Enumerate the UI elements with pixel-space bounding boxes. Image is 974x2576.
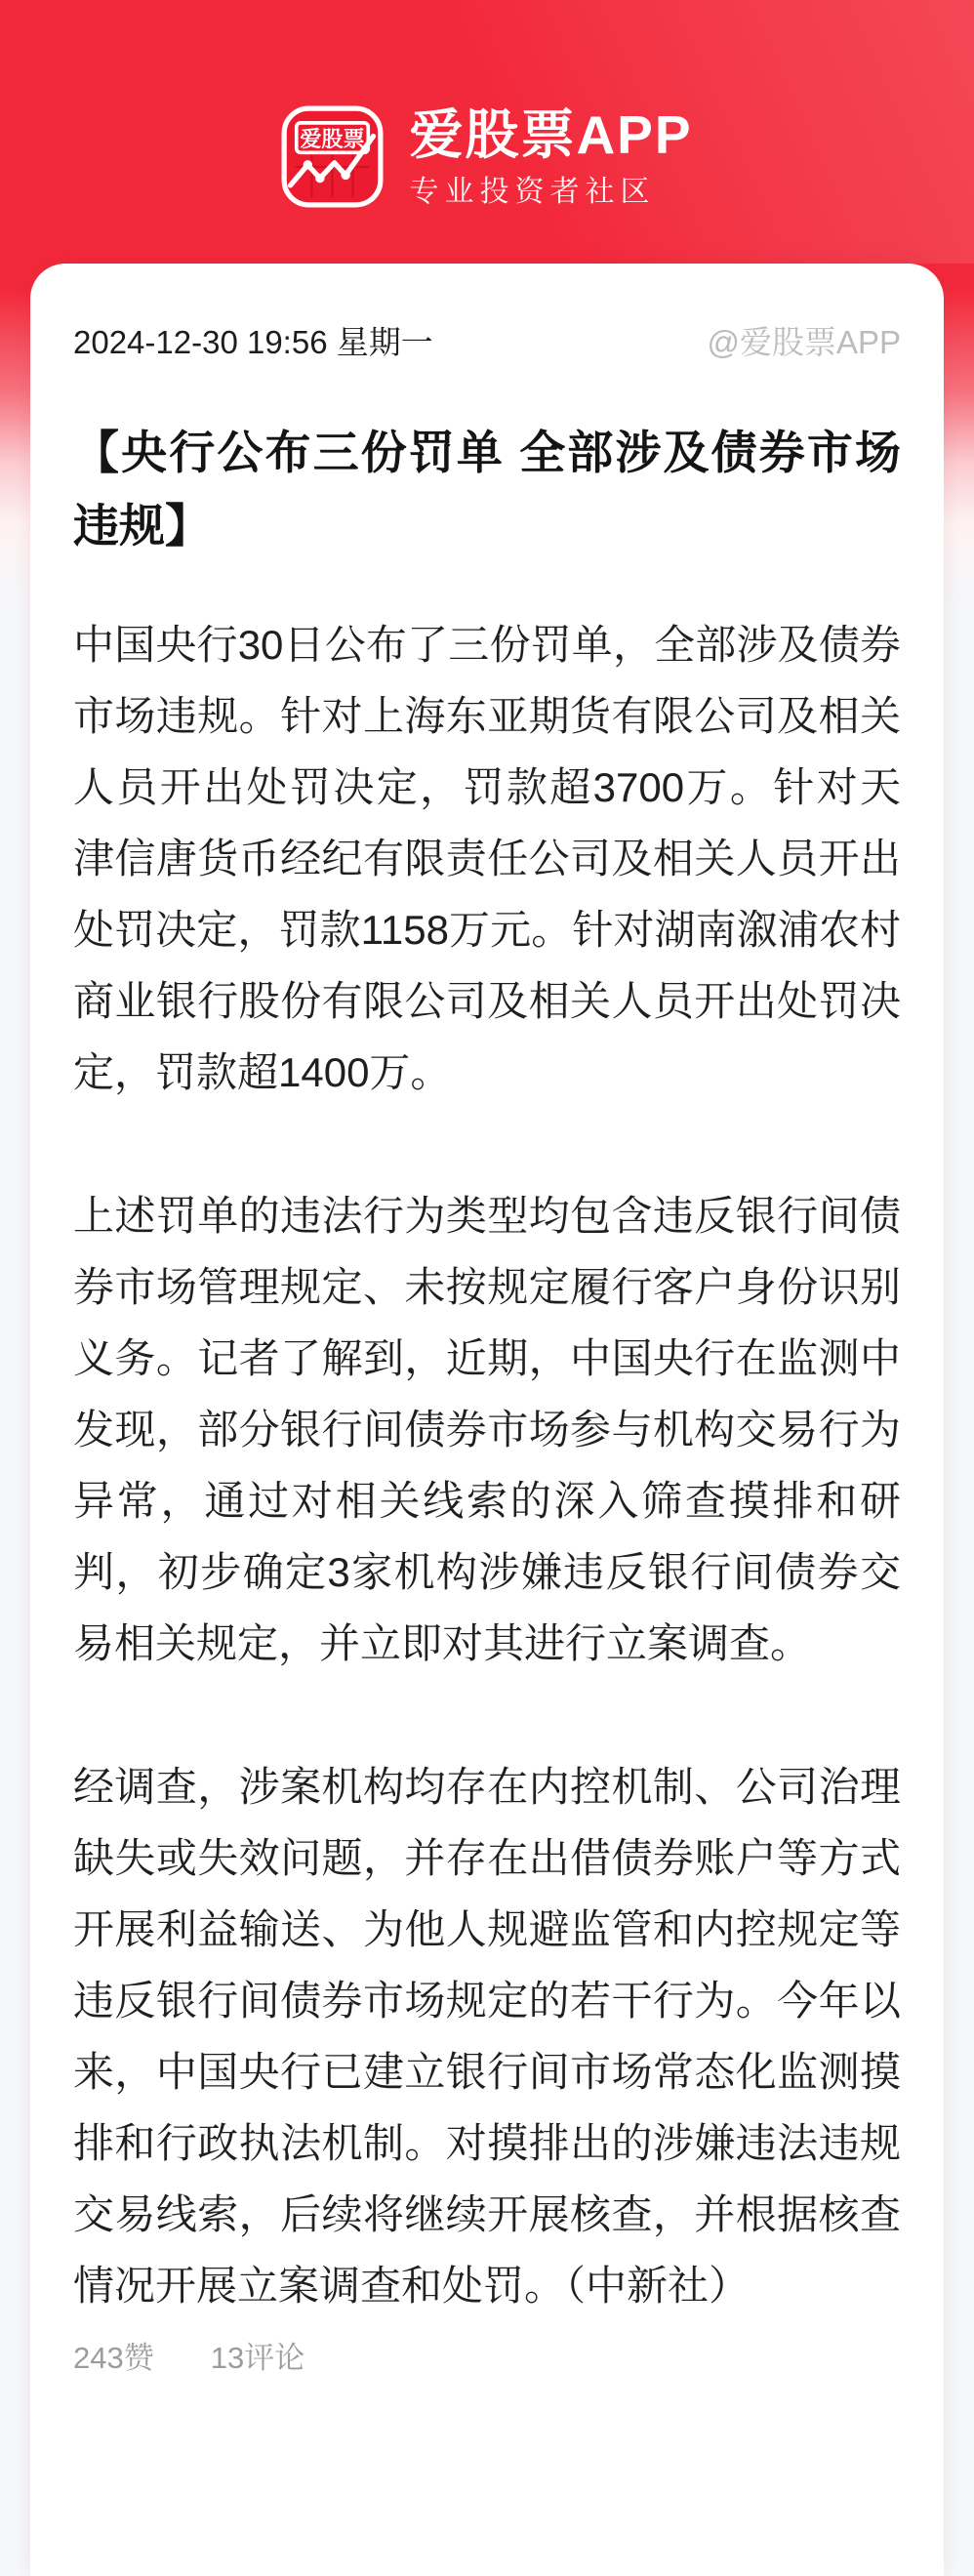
app-name: 爱股票APP — [409, 106, 692, 163]
post-footer: 243赞 13评论 — [73, 2337, 901, 2380]
comments-count[interactable]: 13评论 — [211, 2337, 304, 2380]
post-body: 中国央行30日公布了三份罚单，全部涉及债券市场违规。针对上海东亚期货有限公司及相… — [73, 609, 901, 2321]
app-logo-icon: 爱股票 — [281, 105, 384, 208]
post-watermark: @爱股票APP — [707, 320, 901, 365]
app-header: 爱股票 爱股票APP 专业投资者社区 — [0, 0, 974, 264]
post-meta-row: 2024-12-30 19:56 星期一 @爱股票APP — [73, 320, 901, 365]
post-title: 【央行公布三份罚单 全部涉及债券市场违规】 — [73, 416, 901, 562]
post-paragraph: 经调查，涉案机构均存在内控机制、公司治理缺失或失效问题，并存在出借债券账户等方式… — [73, 1751, 901, 2321]
brand-row: 爱股票 爱股票APP 专业投资者社区 — [0, 105, 974, 208]
post-card: 2024-12-30 19:56 星期一 @爱股票APP 【央行公布三份罚单 全… — [30, 264, 944, 2576]
app-tagline: 专业投资者社区 — [409, 177, 692, 208]
post-paragraph: 上述罚单的违法行为类型均包含违反银行间债券市场管理规定、未按规定履行客户身份识别… — [73, 1180, 901, 1679]
likes-count[interactable]: 243赞 — [73, 2337, 154, 2380]
brand-text: 爱股票APP 专业投资者社区 — [409, 106, 692, 208]
app-logo-text: 爱股票 — [301, 127, 365, 151]
post-paragraph: 中国央行30日公布了三份罚单，全部涉及债券市场违规。针对上海东亚期货有限公司及相… — [73, 609, 901, 1108]
post-date: 2024-12-30 19:56 星期一 — [73, 320, 433, 365]
